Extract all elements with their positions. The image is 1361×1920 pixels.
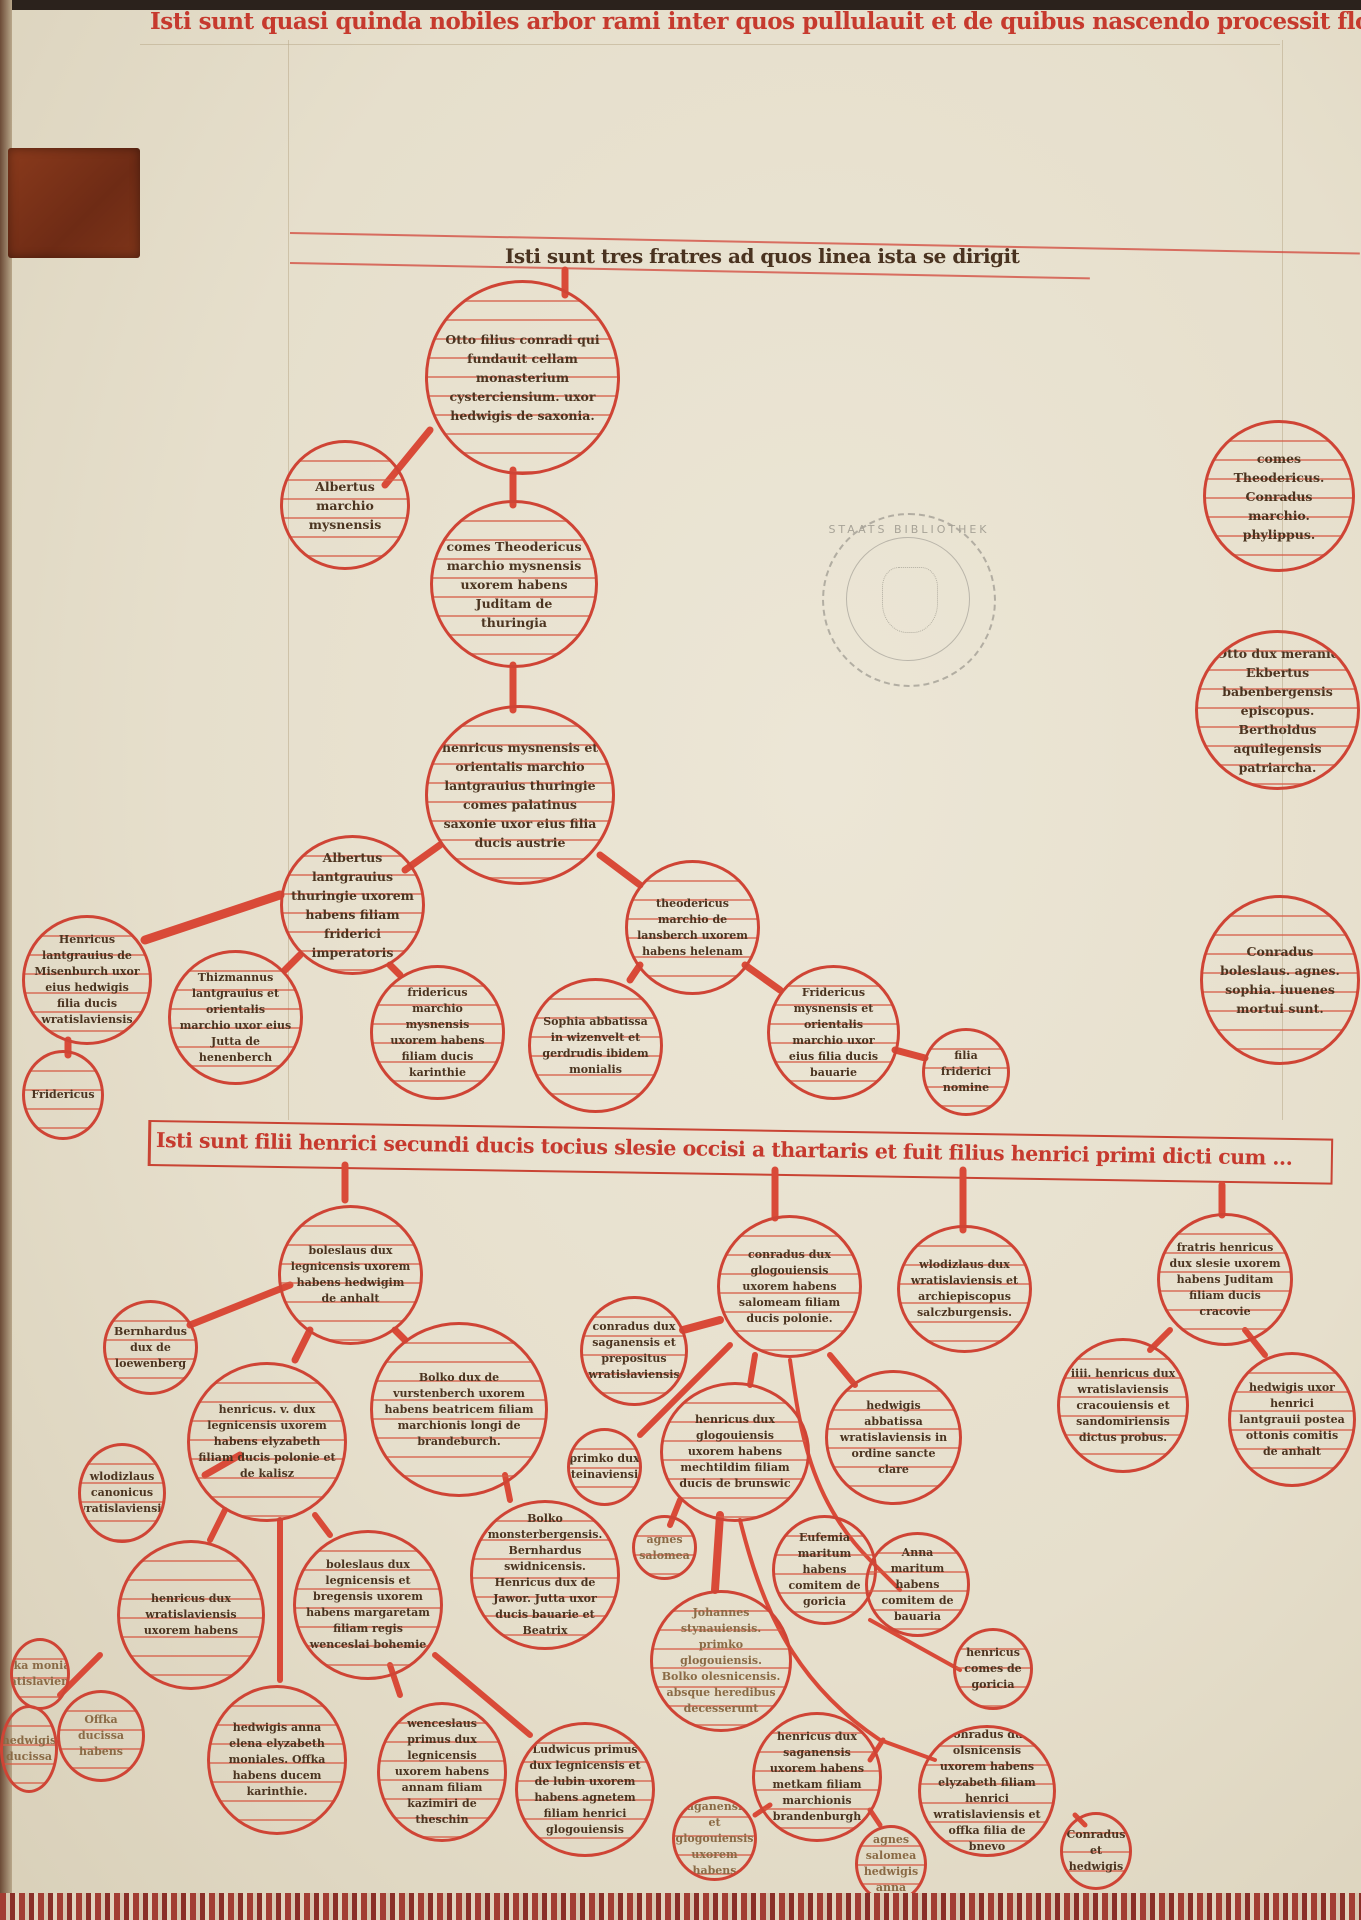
node-bolko-vurstenberch: Bolko dux de vurstenberch uxorem habens … bbox=[370, 1322, 548, 1497]
node-thizmannus: Thizmannus lantgrauius et orientalis mar… bbox=[168, 950, 303, 1085]
node-henricus-slesie: fratris henricus dux slesie uxorem haben… bbox=[1157, 1213, 1293, 1346]
node-henricus-small: henricus saganensis et glogouiensis uxor… bbox=[672, 1796, 757, 1881]
node-sophia: Sophia abbatissa in wizenvelt et gerdrud… bbox=[528, 978, 663, 1113]
node-conradus-hedwigis: Conradus et hedwigis bbox=[1060, 1812, 1132, 1890]
node-conradus-olsnicensis: Conradus dux olsnicensis uxorem habens e… bbox=[918, 1725, 1056, 1857]
node-boleslaus-bregensis: boleslaus dux legnicensis et bregensis u… bbox=[293, 1530, 443, 1680]
node-henricus-lantgrauius: Henricus lantgrauius de Misenburch uxor … bbox=[22, 915, 152, 1045]
node-theodericus: comes Theodericus marchio mysnensis uxor… bbox=[430, 500, 598, 668]
node-right-conradus-boleslaus: Conradus boleslaus. agnes. sophia. iuuen… bbox=[1200, 895, 1360, 1065]
node-small-left-2: Offka ducissa habens bbox=[57, 1690, 145, 1782]
node-wenceslaus: wenceslaus primus dux legnicensis uxorem… bbox=[377, 1702, 507, 1842]
node-hedwigis-lantgrauii: hedwigis uxor henrici lantgrauii postea … bbox=[1228, 1352, 1356, 1487]
node-henricus-dux-wrat: henricus dux wratislaviensis uxorem habe… bbox=[117, 1540, 265, 1690]
node-fridericus-orientalis: Fridericus mysnensis et orientalis march… bbox=[767, 965, 900, 1100]
node-agnes-salomea-hedwigis: agnes salomea hedwigis anna bbox=[855, 1825, 927, 1903]
node-henricus-glogouiensis: henricus dux glogouiensis uxorem habens … bbox=[660, 1382, 810, 1522]
node-anna: Anna maritum habens comitem de bauaria bbox=[865, 1532, 970, 1637]
node-bernhardus: Bernhardus dux de loewenberg bbox=[103, 1300, 198, 1395]
node-theodericus-lansberch: theodericus marchio de lansberch uxorem … bbox=[625, 860, 760, 995]
node-primko: primko dux steinaviensis bbox=[567, 1428, 642, 1506]
node-right-comes-theodericus: comes Theodericus. Conradus marchio. phy… bbox=[1203, 420, 1355, 572]
node-wlodizlaus-archiepiscopus: wlodizlaus dux wratislaviensis et archie… bbox=[897, 1225, 1032, 1353]
node-hedwigis-abbatissa: hedwigis abbatissa wratislaviensis in or… bbox=[825, 1370, 962, 1505]
node-boleslaus-legnicensis: boleslaus dux legnicensis uxorem habens … bbox=[278, 1205, 423, 1345]
node-small-left-1: Offka monialis wratislaviensis bbox=[10, 1638, 70, 1710]
node-conradus-glogouiensis: conradus dux glogouiensis uxorem habens … bbox=[717, 1215, 862, 1358]
node-ludwicus: Ludwicus primus dux legnicensis et de lu… bbox=[515, 1722, 655, 1857]
node-henricus-mysnensis: henricus mysnensis et orientalis marchio… bbox=[425, 705, 615, 885]
node-fridericus-small: Fridericus bbox=[22, 1050, 104, 1140]
node-bolko-munsterberg: Bolko monsterbergensis. Bernhardus swidn… bbox=[470, 1500, 620, 1650]
node-albertus-lantgrauius: Albertus lantgrauius thuringie uxorem ha… bbox=[280, 835, 425, 975]
node-conradus-saganensis: conradus dux saganensis et prepositus wr… bbox=[580, 1296, 688, 1406]
node-eufemia: Eufemia maritum habens comitem de gorici… bbox=[772, 1515, 877, 1625]
node-henricus-saganensis: henricus dux saganensis uxorem habens me… bbox=[752, 1712, 882, 1842]
node-henricus-comes-goricia: henricus comes de goricia bbox=[953, 1628, 1033, 1710]
node-johannes: Johannes stynauiensis. primko glogouiens… bbox=[650, 1590, 792, 1732]
node-filia-friderici: filia friderici nomine bbox=[922, 1028, 1010, 1116]
node-fridericus-marchio: fridericus marchio mysnensis uxorem habe… bbox=[370, 965, 505, 1100]
node-otto: Otto filius conradi qui fundauit cellam … bbox=[425, 280, 620, 475]
node-hedwigis-anna: hedwigis anna elena elyzabeth moniales. … bbox=[207, 1685, 347, 1835]
node-right-otto-meranie: Otto dux meranie Ekbertus babenbergensis… bbox=[1195, 630, 1360, 790]
node-small-left-3: hedwigis ducissa bbox=[0, 1705, 58, 1793]
node-henricus-probus: iiii. henricus dux wratislaviensis craco… bbox=[1057, 1338, 1189, 1473]
manuscript-page: Isti sunt quasi quinda nobiles arbor ram… bbox=[0, 0, 1361, 1920]
node-albertus-mysnensis: Albertus marchio mysnensis bbox=[280, 440, 410, 570]
node-agnes-salome: agnes salomea bbox=[632, 1515, 697, 1580]
node-wlodizlaus-small: wlodizlaus canonicus wratislaviensis bbox=[78, 1443, 166, 1543]
node-henricus-v: henricus. v. dux legnicensis uxorem habe… bbox=[187, 1362, 347, 1522]
page-bottom-edge bbox=[0, 1893, 1361, 1920]
